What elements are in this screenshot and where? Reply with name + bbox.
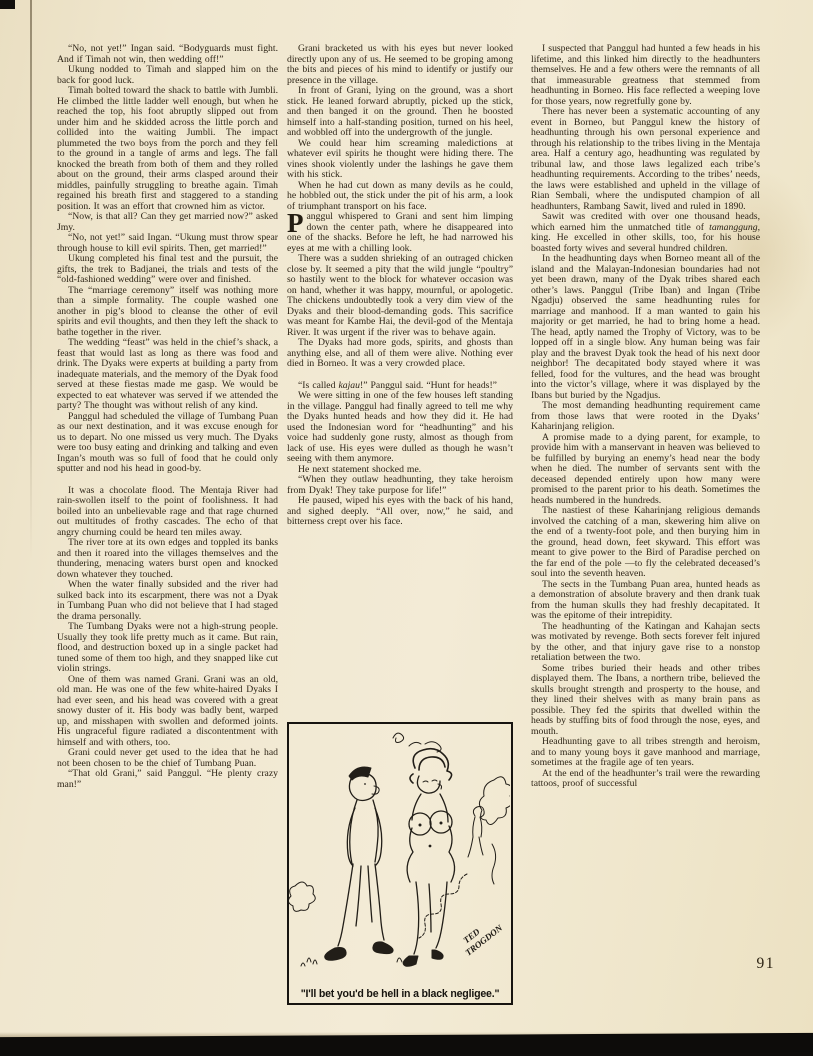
paragraph: A promise made to a dying parent, for ex… <box>531 433 760 507</box>
paragraph: One of them was named Grani. Grani was a… <box>57 675 278 749</box>
paragraph: Grani bracketed us with his eyes but nev… <box>287 44 513 86</box>
paragraph: The “marriage ceremony” itself was nothi… <box>57 286 278 339</box>
magazine-page: “No, not yet!” Ingan said. “Bodyguards m… <box>0 0 813 1048</box>
paragraph: Panggul had scheduled the village of Tum… <box>57 412 278 475</box>
paragraph: In the headhunting days when Borneo mean… <box>531 254 760 401</box>
paragraph: There was a sudden shrieking of an outra… <box>287 254 513 338</box>
paragraph: I suspected that Panggul had hunted a fe… <box>531 44 760 107</box>
drop-cap: P <box>287 212 307 233</box>
paragraph: “No, not yet!” Ingan said. “Bodyguards m… <box>57 44 278 65</box>
article-body: “No, not yet!” Ingan said. “Bodyguards m… <box>57 44 760 790</box>
paragraph: When the water finally subsided and the … <box>57 580 278 622</box>
page-number: 91 <box>757 955 776 973</box>
paragraph: Ukung nodded to Timah and slapped him on… <box>57 65 278 86</box>
paragraph: It was a chocolate flood. The Mentaja Ri… <box>57 486 278 539</box>
paragraph: “No, not yet!” said Ingan. “Ukung must t… <box>57 233 278 254</box>
paragraph: Headhunting gave to all tribes strength … <box>531 737 760 769</box>
paragraph: Timah bolted toward the shack to battle … <box>57 86 278 212</box>
paragraph: He paused, wiped his eyes with the back … <box>287 496 513 528</box>
page-crease <box>30 0 32 560</box>
text-column-middle: Grani bracketed us with his eyes but nev… <box>287 44 513 790</box>
paragraph: We were sitting in one of the few houses… <box>287 391 513 465</box>
paragraph: Panggul whispered to Grani and sent him … <box>287 212 513 254</box>
paragraph: “When they outlaw headhunting, they take… <box>287 475 513 496</box>
paragraph: The Tumbang Dyaks were not a high-strung… <box>57 622 278 675</box>
text-column-left: “No, not yet!” Ingan said. “Bodyguards m… <box>57 44 278 790</box>
paragraph: Grani could never get used to the idea t… <box>57 748 278 769</box>
cartoon-panel: TED TROGDON "I'll bet you'd be hell in a… <box>287 722 513 1005</box>
paragraph: The nastiest of these Kaharinjang religi… <box>531 506 760 580</box>
paragraph: The Dyaks had more gods, spirits, and gh… <box>287 338 513 370</box>
cartoon-illustration: TED TROGDON <box>289 724 510 979</box>
paragraph: The river tore at its own edges and topp… <box>57 538 278 580</box>
paragraph: “Now, is that all? Can they get married … <box>57 212 278 233</box>
paragraph: Ukung completed his final test and the p… <box>57 254 278 286</box>
paragraph: The wedding “feast” was held in the chie… <box>57 338 278 412</box>
cartoon-caption: "I'll bet you'd be hell in a black negli… <box>289 988 511 1000</box>
paragraph: There has never been a systematic accoun… <box>531 107 760 212</box>
paragraph: “That old Grani,” said Panggul. “He plen… <box>57 769 278 790</box>
paragraph: Some tribes buried their heads and other… <box>531 664 760 738</box>
paragraph: The sects in the Tumbang Puan area, hunt… <box>531 580 760 622</box>
paragraph: The headhunting of the Katingan and Kaha… <box>531 622 760 664</box>
paragraph: We could hear him screaming maledictions… <box>287 139 513 181</box>
paragraph: In front of Grani, lying on the ground, … <box>287 86 513 139</box>
paragraph: Sawit was credited with over one thousan… <box>531 212 760 254</box>
paragraph: At the end of the headhunter’s trail wer… <box>531 769 760 790</box>
scan-corner-mark <box>0 0 15 9</box>
paragraph: When he had cut down as many devils as h… <box>287 181 513 213</box>
text-column-right: I suspected that Panggul had hunted a fe… <box>531 44 760 790</box>
paragraph: The most demanding headhunting requireme… <box>531 401 760 433</box>
